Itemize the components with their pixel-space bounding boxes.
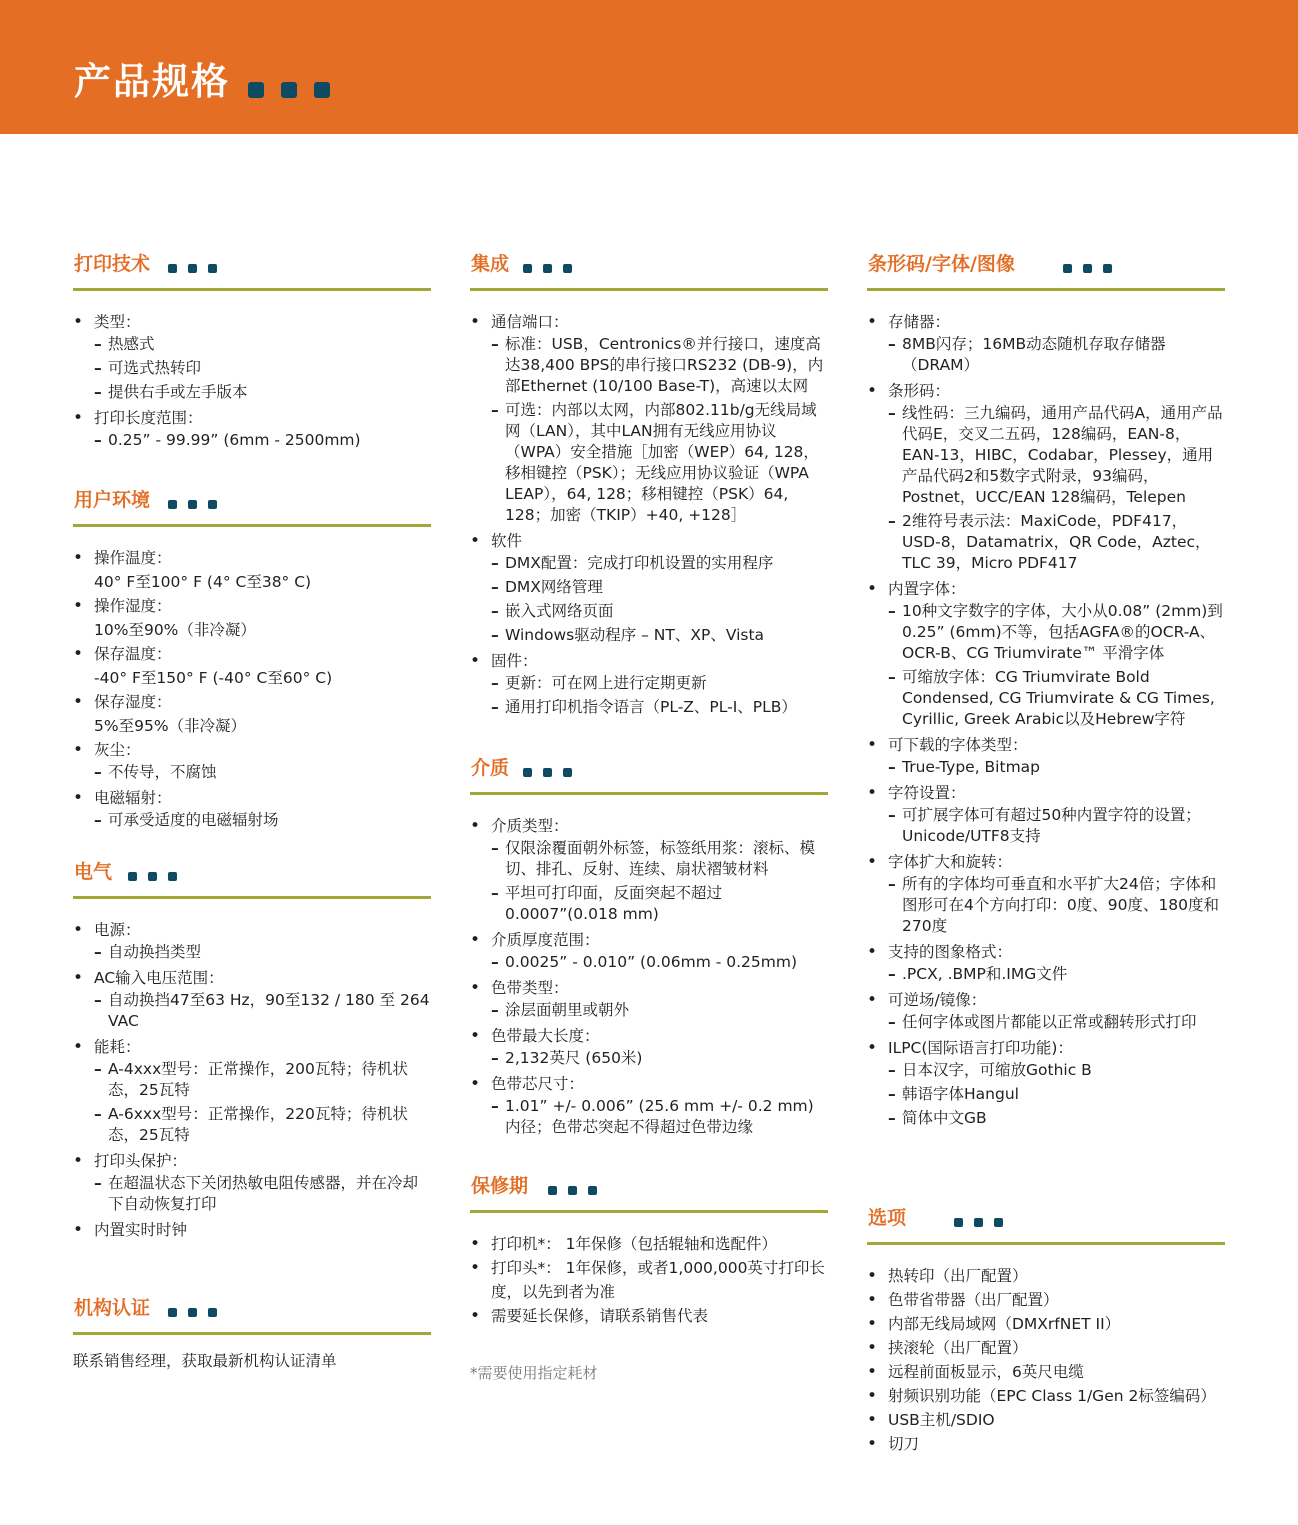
spec-item: 射频识别功能（EPC Class 1/Gen 2标签编码） — [867, 1384, 1225, 1408]
spec-sub-item: DMX配置：完成打印机设置的实用程序 — [491, 553, 828, 574]
spec-item: USB主机/SDIO — [867, 1408, 1225, 1432]
header-banner: 产品规格 — [0, 0, 1298, 134]
spec-sub-item: .PCX, .BMP和.IMG文件 — [888, 964, 1225, 985]
spec-list: 操作温度：40° F至100° F (4° C至38° C)操作湿度：10%至9… — [73, 546, 431, 831]
section-certification: 机构认证联系销售经理，获取最新机构认证清单 — [73, 1294, 431, 1373]
spec-item: 字符设置：可扩展字体可有超过50种内置字符的设置；Unicode/UTF8支持 — [867, 781, 1225, 847]
spec-sub-item: 嵌入式网络页面 — [491, 601, 828, 622]
section-header: 介质 — [470, 754, 828, 795]
section-title: 用户环境 — [74, 486, 150, 514]
spec-item-label: 可逆场/镜像： — [888, 988, 1225, 1012]
spec-item-label: 操作湿度： — [94, 594, 431, 618]
spec-item-label: 存储器： — [888, 310, 1225, 334]
spec-item: 支持的图象格式：.PCX, .BMP和.IMG文件 — [867, 940, 1225, 985]
spec-item-label: 打印头保护： — [94, 1149, 431, 1173]
section-title: 电气 — [74, 858, 112, 886]
section-media: 介质介质类型：仅限涂覆面朝外标签，标签纸用浆：滚标、模切、排孔、反射、连续、扇状… — [470, 754, 828, 1141]
spec-item: 存储器：8MB闪存；16MB动态随机存取存储器（DRAM） — [867, 310, 1225, 376]
spec-item: 电磁辐射：可承受适度的电磁辐射场 — [73, 786, 431, 831]
spec-item-label: 条形码： — [888, 379, 1225, 403]
spec-sub-item: 可选：内部以太网，内部802.11b/g无线局域网（LAN），其中LAN拥有无线… — [491, 400, 828, 526]
section-header: 条形码/字体/图像 — [867, 250, 1225, 291]
spec-item: 切刀 — [867, 1432, 1225, 1456]
spec-sub-item: 仅限涂覆面朝外标签，标签纸用浆：滚标、模切、排孔、反射、连续、扇状褶皱材料 — [491, 838, 828, 880]
section-title: 条形码/字体/图像 — [868, 250, 1015, 278]
spec-item: 远程前面板显示，6英尺电缆 — [867, 1360, 1225, 1384]
spec-item: 介质类型：仅限涂覆面朝外标签，标签纸用浆：滚标、模切、排孔、反射、连续、扇状褶皱… — [470, 814, 828, 925]
spec-sub-item: 2维符号表示法：MaxiCode，PDF417，USD-8，Datamatrix… — [888, 511, 1225, 574]
spec-item-label: 需要延长保修，请联系销售代表 — [491, 1304, 828, 1328]
spec-sub-item: 可缩放字体：CG Triumvirate Bold Condensed, CG … — [888, 667, 1225, 730]
spec-item-label: 灰尘： — [94, 738, 431, 762]
spec-item-label: 固件： — [491, 649, 828, 673]
spec-sub-item: 韩语字体Hangul — [888, 1084, 1225, 1105]
spec-item: 色带类型：涂层面朝里或朝外 — [470, 976, 828, 1021]
spec-item: 电源：自动换挡类型 — [73, 918, 431, 963]
spec-item-label: 操作温度： — [94, 546, 431, 570]
section-header: 机构认证 — [73, 1294, 431, 1335]
spec-sub-item: 涂层面朝里或朝外 — [491, 1000, 828, 1021]
section-title: 介质 — [471, 754, 509, 782]
spec-sub-item: 平坦可打印面，反面突起不超过 0.0007”(0.018 mm) — [491, 883, 828, 925]
spec-sub-item: Windows驱动程序 – NT、XP、Vista — [491, 625, 828, 646]
spec-item-value: -40° F至150° F (-40° C至60° C) — [94, 666, 431, 690]
spec-sub-item: 自动换挡类型 — [94, 942, 431, 963]
spec-item-label: 保存温度： — [94, 642, 431, 666]
spec-item: 打印机*： 1年保修（包括辊轴和选配件） — [470, 1232, 828, 1256]
spec-sub-item: 0.0025” - 0.010” (0.06mm - 0.25mm) — [491, 952, 828, 973]
spec-list: 热转印（出厂配置）色带省带器（出厂配置）内部无线局域网（DMXrfNET II）… — [867, 1264, 1225, 1456]
spec-sub-item: 2,132英尺 (650米) — [491, 1048, 828, 1069]
spec-item-value: 10%至90%（非冷凝） — [94, 618, 431, 642]
spec-sub-item: 在超温状态下关闭热敏电阻传感器，并在冷却下自动恢复打印 — [94, 1173, 431, 1215]
spec-item-label: 射频识别功能（EPC Class 1/Gen 2标签编码） — [888, 1384, 1225, 1408]
spec-item-label: 打印长度范围： — [94, 406, 431, 430]
footnote: *需要使用指定耗材 — [470, 1362, 828, 1383]
spec-item-label: 色带芯尺寸： — [491, 1072, 828, 1096]
spec-sub-item: 热感式 — [94, 334, 431, 355]
spec-item: 色带最大长度：2,132英尺 (650米) — [470, 1024, 828, 1069]
spec-item: 条形码：线性码：三九编码，通用产品代码A，通用产品代码E，交叉二五码，128编码… — [867, 379, 1225, 574]
spec-item-label: USB主机/SDIO — [888, 1408, 1225, 1432]
spec-sub-item: DMX网络管理 — [491, 577, 828, 598]
spec-item-value: 40° F至100° F (4° C至38° C) — [94, 570, 431, 594]
spec-list: 介质类型：仅限涂覆面朝外标签，标签纸用浆：滚标、模切、排孔、反射、连续、扇状褶皱… — [470, 814, 828, 1138]
spec-sub-item: 所有的字体均可垂直和水平扩大24倍；字体和图形可在4个方向打印：0度、90度、1… — [888, 874, 1225, 937]
spec-sub-item: 任何字体或图片都能以正常或翻转形式打印 — [888, 1012, 1225, 1033]
section-options: 选项热转印（出厂配置）色带省带器（出厂配置）内部无线局域网（DMXrfNET I… — [867, 1204, 1225, 1456]
spec-sub-item: 可选式热转印 — [94, 358, 431, 379]
dots-decoration-icon — [1063, 264, 1112, 273]
spec-item: 可逆场/镜像：任何字体或图片都能以正常或翻转形式打印 — [867, 988, 1225, 1033]
spec-list: 类型：热感式可选式热转印提供右手或左手版本打印长度范围：0.25” - 99.9… — [73, 310, 431, 451]
spec-item-label: 类型： — [94, 310, 431, 334]
section-title: 集成 — [471, 250, 509, 278]
spec-item: 操作温度：40° F至100° F (4° C至38° C) — [73, 546, 431, 594]
section-header: 用户环境 — [73, 486, 431, 527]
spec-item: 软件DMX配置：完成打印机设置的实用程序DMX网络管理嵌入式网络页面Window… — [470, 529, 828, 646]
title-dots-decoration — [248, 82, 330, 98]
spec-item-label: 色带最大长度： — [491, 1024, 828, 1048]
spec-list: 电源：自动换挡类型AC输入电压范围：自动换挡47至63 Hz，90至132 / … — [73, 918, 431, 1242]
section-header: 保修期 — [470, 1172, 828, 1213]
dots-decoration-icon — [954, 1218, 1003, 1227]
spec-sub-item: 8MB闪存；16MB动态随机存取存储器（DRAM） — [888, 334, 1225, 376]
spec-item-label: 远程前面板显示，6英尺电缆 — [888, 1360, 1225, 1384]
spec-sub-item: 标准：USB，Centronics®并行接口，速度高达38,400 BPS的串行… — [491, 334, 828, 397]
spec-item: 色带省带器（出厂配置） — [867, 1288, 1225, 1312]
spec-item: 保存温度：-40° F至150° F (-40° C至60° C) — [73, 642, 431, 690]
spec-item-label: 电源： — [94, 918, 431, 942]
spec-item: 色带芯尺寸：1.01” +/- 0.006” (25.6 mm +/- 0.2 … — [470, 1072, 828, 1138]
spec-sub-item: A-4xxx型号：正常操作，200瓦特；待机状态，25瓦特 — [94, 1059, 431, 1101]
spec-item: ILPC(国际语言打印功能)：日本汉字，可缩放Gothic B韩语字体Hangu… — [867, 1036, 1225, 1129]
spec-item: 通信端口：标准：USB，Centronics®并行接口，速度高达38,400 B… — [470, 310, 828, 526]
spec-list: 存储器：8MB闪存；16MB动态随机存取存储器（DRAM）条形码：线性码：三九编… — [867, 310, 1225, 1129]
section-barcodes: 条形码/字体/图像存储器：8MB闪存；16MB动态随机存取存储器（DRAM）条形… — [867, 250, 1225, 1132]
spec-item-label: 挟滚轮（出厂配置） — [888, 1336, 1225, 1360]
section-text: 联系销售经理，获取最新机构认证清单 — [73, 1349, 431, 1373]
spec-item-label: 保存湿度： — [94, 690, 431, 714]
section-integration: 集成通信端口：标准：USB，Centronics®并行接口，速度高达38,400… — [470, 250, 828, 721]
spec-item-label: 打印机*： 1年保修（包括辊轴和选配件） — [491, 1232, 828, 1256]
dots-decoration-icon — [548, 1186, 597, 1195]
spec-item-label: 可下载的字体类型： — [888, 733, 1225, 757]
spec-item: 内置实时时钟 — [73, 1218, 431, 1242]
page-title: 产品规格 — [74, 58, 230, 106]
spec-sub-item: 更新：可在网上进行定期更新 — [491, 673, 828, 694]
spec-item: 字体扩大和旋转：所有的字体均可垂直和水平扩大24倍；字体和图形可在4个方向打印：… — [867, 850, 1225, 937]
section-header: 选项 — [867, 1204, 1225, 1245]
spec-item: 打印头保护：在超温状态下关闭热敏电阻传感器，并在冷却下自动恢复打印 — [73, 1149, 431, 1215]
spec-list: 打印机*： 1年保修（包括辊轴和选配件）打印头*： 1年保修，或者1,000,0… — [470, 1232, 828, 1328]
section-header: 打印技术 — [73, 250, 431, 291]
spec-sub-item: True-Type, Bitmap — [888, 757, 1225, 778]
spec-sub-item: 10种文字数字的字体，大小从0.08” (2mm)到0.25” (6mm)不等，… — [888, 601, 1225, 664]
spec-item-value: 5%至95%（非冷凝） — [94, 714, 431, 738]
spec-sub-item: 可扩展字体可有超过50种内置字符的设置；Unicode/UTF8支持 — [888, 805, 1225, 847]
spec-sub-item: 不传导，不腐蚀 — [94, 762, 431, 783]
dots-decoration-icon — [168, 264, 217, 273]
spec-item-label: 内置字体： — [888, 577, 1225, 601]
spec-item-label: 字符设置： — [888, 781, 1225, 805]
spec-sub-item: 线性码：三九编码，通用产品代码A，通用产品代码E，交叉二五码，128编码，EAN… — [888, 403, 1225, 508]
section-title: 选项 — [868, 1204, 906, 1232]
spec-item: 内部无线局域网（DMXrfNET II） — [867, 1312, 1225, 1336]
spec-item-label: 通信端口： — [491, 310, 828, 334]
spec-item-label: 色带类型： — [491, 976, 828, 1000]
section-environment: 用户环境操作温度：40° F至100° F (4° C至38° C)操作湿度：1… — [73, 486, 431, 834]
dots-decoration-icon — [523, 264, 572, 273]
spec-item-label: 内置实时时钟 — [94, 1218, 431, 1242]
spec-sub-item: 通用打印机指令语言（PL-Z、PL-I、PLB） — [491, 697, 828, 718]
spec-item-label: 电磁辐射： — [94, 786, 431, 810]
spec-item: 可下载的字体类型：True-Type, Bitmap — [867, 733, 1225, 778]
spec-item-label: 字体扩大和旋转： — [888, 850, 1225, 874]
spec-item-label: 能耗： — [94, 1035, 431, 1059]
spec-item: AC输入电压范围：自动换挡47至63 Hz，90至132 / 180 至 264… — [73, 966, 431, 1032]
spec-item-label: 内部无线局域网（DMXrfNET II） — [888, 1312, 1225, 1336]
spec-item: 操作湿度：10%至90%（非冷凝） — [73, 594, 431, 642]
spec-list: 通信端口：标准：USB，Centronics®并行接口，速度高达38,400 B… — [470, 310, 828, 718]
section-header: 集成 — [470, 250, 828, 291]
spec-item-label: 切刀 — [888, 1432, 1225, 1456]
spec-item-label: AC输入电压范围： — [94, 966, 431, 990]
spec-item-label: 支持的图象格式： — [888, 940, 1225, 964]
spec-sub-item: 1.01” +/- 0.006” (25.6 mm +/- 0.2 mm) 内径… — [491, 1096, 828, 1138]
dots-decoration-icon — [168, 1308, 217, 1317]
spec-item-label: ILPC(国际语言打印功能)： — [888, 1036, 1225, 1060]
section-warranty: 保修期打印机*： 1年保修（包括辊轴和选配件）打印头*： 1年保修，或者1,00… — [470, 1172, 828, 1383]
spec-item-label: 打印头*： 1年保修，或者1,000,000英寸打印长度，以先到者为准 — [491, 1256, 828, 1304]
spec-sub-item: 自动换挡47至63 Hz，90至132 / 180 至 264 VAC — [94, 990, 431, 1032]
dots-decoration-icon — [128, 872, 177, 881]
spec-item: 固件：更新：可在网上进行定期更新通用打印机指令语言（PL-Z、PL-I、PLB） — [470, 649, 828, 718]
spec-sub-item: 可承受适度的电磁辐射场 — [94, 810, 431, 831]
spec-item-label: 介质厚度范围： — [491, 928, 828, 952]
section-title: 机构认证 — [74, 1294, 150, 1322]
section-electrical: 电气电源：自动换挡类型AC输入电压范围：自动换挡47至63 Hz，90至132 … — [73, 858, 431, 1242]
spec-item-label: 软件 — [491, 529, 828, 553]
spec-item: 内置字体：10种文字数字的字体，大小从0.08” (2mm)到0.25” (6m… — [867, 577, 1225, 730]
section-print-tech: 打印技术类型：热感式可选式热转印提供右手或左手版本打印长度范围：0.25” - … — [73, 250, 431, 454]
spec-item: 挟滚轮（出厂配置） — [867, 1336, 1225, 1360]
spec-item: 类型：热感式可选式热转印提供右手或左手版本 — [73, 310, 431, 403]
spec-item: 灰尘：不传导，不腐蚀 — [73, 738, 431, 783]
spec-sub-item: 简体中文GB — [888, 1108, 1225, 1129]
spec-item: 介质厚度范围：0.0025” - 0.010” (0.06mm - 0.25mm… — [470, 928, 828, 973]
dots-decoration-icon — [168, 500, 217, 509]
spec-item: 需要延长保修，请联系销售代表 — [470, 1304, 828, 1328]
spec-sub-item: 0.25” - 99.99” (6mm - 2500mm) — [94, 430, 431, 451]
spec-item: 打印头*： 1年保修，或者1,000,000英寸打印长度，以先到者为准 — [470, 1256, 828, 1304]
spec-item: 能耗：A-4xxx型号：正常操作，200瓦特；待机状态，25瓦特A-6xxx型号… — [73, 1035, 431, 1146]
spec-sub-item: A-6xxx型号：正常操作，220瓦特；待机状态，25瓦特 — [94, 1104, 431, 1146]
spec-item-label: 色带省带器（出厂配置） — [888, 1288, 1225, 1312]
spec-item: 保存湿度：5%至95%（非冷凝） — [73, 690, 431, 738]
section-header: 电气 — [73, 858, 431, 899]
spec-item: 热转印（出厂配置） — [867, 1264, 1225, 1288]
spec-item-label: 介质类型： — [491, 814, 828, 838]
spec-item: 打印长度范围：0.25” - 99.99” (6mm - 2500mm) — [73, 406, 431, 451]
dots-decoration-icon — [523, 768, 572, 777]
section-title: 保修期 — [471, 1172, 528, 1200]
section-title: 打印技术 — [74, 250, 150, 278]
spec-item-label: 热转印（出厂配置） — [888, 1264, 1225, 1288]
spec-sub-item: 日本汉字，可缩放Gothic B — [888, 1060, 1225, 1081]
spec-sub-item: 提供右手或左手版本 — [94, 382, 431, 403]
